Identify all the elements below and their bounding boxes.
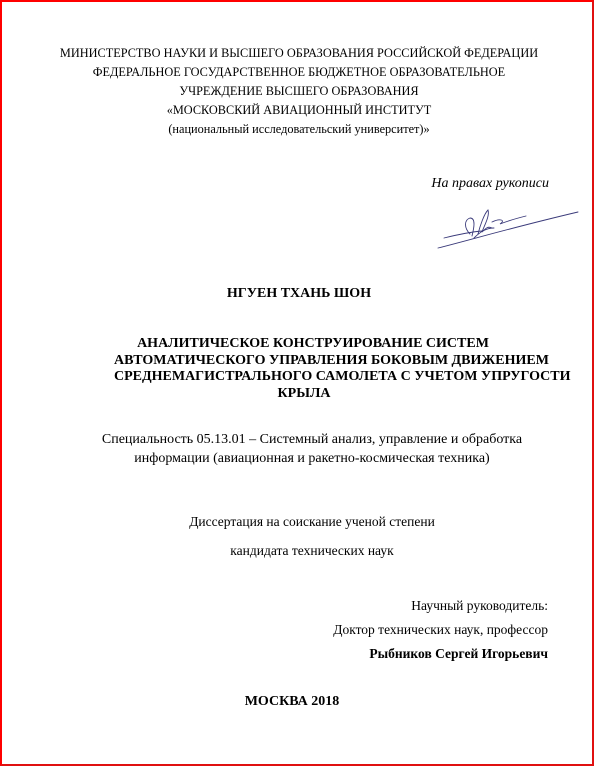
supervisor-label: Научный руководитель: <box>333 594 548 618</box>
specialty-line: информации (авиационная и ракетно-космич… <box>2 449 594 468</box>
header-line: (национальный исследовательский универси… <box>2 120 594 139</box>
supervisor-name: Рыбников Сергей Игорьевич <box>333 642 548 666</box>
signature-icon <box>430 198 580 254</box>
city-year: МОСКВА 2018 <box>2 694 582 710</box>
title-line: СРЕДНЕМАГИСТРАЛЬНОГО САМОЛЕТА С УЧЕТОМ У… <box>114 369 494 386</box>
author-name: НГУЕН ТХАНЬ ШОН <box>2 286 594 302</box>
header-line: ФЕДЕРАЛЬНОЕ ГОСУДАРСТВЕННОЕ БЮДЖЕТНОЕ ОБ… <box>2 63 594 82</box>
dissertation-title: АНАЛИТИЧЕСКОЕ КОНСТРУИРОВАНИЕ СИСТЕМ АВТ… <box>114 336 494 402</box>
supervisor-block: Научный руководитель: Доктор технических… <box>333 594 548 666</box>
manuscript-note: На правах рукописи <box>431 176 549 192</box>
document-page: МИНИСТЕРСТВО НАУКИ И ВЫСШЕГО ОБРАЗОВАНИЯ… <box>0 0 594 766</box>
supervisor-degree: Доктор технических наук, профессор <box>333 618 548 642</box>
institution-header: МИНИСТЕРСТВО НАУКИ И ВЫСШЕГО ОБРАЗОВАНИЯ… <box>2 44 594 139</box>
header-line: УЧРЕЖДЕНИЕ ВЫСШЕГО ОБРАЗОВАНИЯ <box>2 82 594 101</box>
degree-line: кандидата технических наук <box>2 536 594 565</box>
header-line: МИНИСТЕРСТВО НАУКИ И ВЫСШЕГО ОБРАЗОВАНИЯ… <box>2 44 594 63</box>
title-line: КРЫЛА <box>114 386 494 403</box>
specialty: Специальность 05.13.01 – Системный анали… <box>2 430 594 468</box>
title-line: АНАЛИТИЧЕСКОЕ КОНСТРУИРОВАНИЕ СИСТЕМ <box>114 336 494 353</box>
degree-line: Диссертация на соискание ученой степени <box>2 507 594 536</box>
degree-statement: Диссертация на соискание ученой степени … <box>2 507 594 565</box>
title-line: АВТОМАТИЧЕСКОГО УПРАВЛЕНИЯ БОКОВЫМ ДВИЖЕ… <box>114 353 494 370</box>
specialty-line: Специальность 05.13.01 – Системный анали… <box>2 430 594 449</box>
header-line: «МОСКОВСКИЙ АВИАЦИОННЫЙ ИНСТИТУТ <box>2 101 594 120</box>
